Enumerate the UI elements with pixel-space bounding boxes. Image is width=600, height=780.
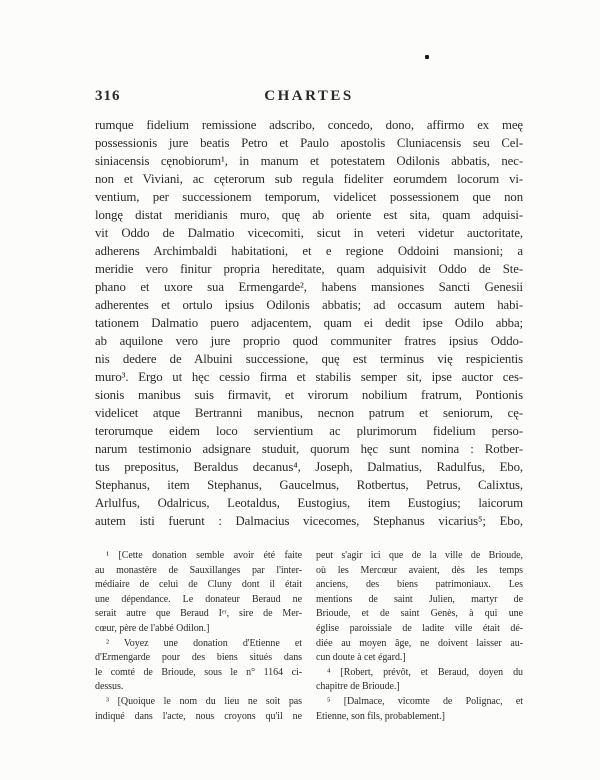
text-line: nis dedere de Albuini successione, quę e… [95,350,523,368]
footnote-line: médiaire de celui de Cluny dont il était [95,578,302,593]
text-line: sionis manibus suis firmavit, et virorum… [95,386,523,404]
footnote-line: mentions de saint Julien, martyr de [316,593,523,608]
page-title: CHARTES [95,88,523,105]
text-line: longę distat meridianis muro, quę ab ori… [95,206,523,224]
footnote-line: d'Ermengarde pour des biens situés dans [95,651,302,666]
scanned-book-page: 316 CHARTES rumque fidelium remissione a… [0,0,600,780]
footnote-line: dessus. [95,680,302,695]
footnote-line: cun doute à cet égard.] [316,651,523,666]
text-line: phano et uxore sua Ermengarde², habens m… [95,278,523,296]
footnote-line: cœur, père de l'abbé Odilon.] [95,622,302,637]
text-line: meridie vero finitur propria hereditate,… [95,260,523,278]
text-line: vit Oddo de Dalmatio vicecomiti, sicut i… [95,224,523,242]
footnote-line: où les Mercœur avaient, dès les temps [316,564,523,579]
text-line: non et Viviani, ac cęterorum sub regula … [95,170,523,188]
footnote-line: au monastère de Sauxillanges par l'inter… [95,564,302,579]
footnote-column-right: peut s'agir ici que de la ville de Briou… [316,549,523,724]
footnotes: ¹ [Cette donation semble avoir été faite… [95,549,523,724]
text-line: tationem Dalmatio puero adjacentem, quam… [95,314,523,332]
text-line: narum testimonio adsignare studuit, quor… [95,440,523,458]
text-line: videlicet atque Bertranni manibus, necno… [95,404,523,422]
footnote-line: ³ [Quoique le nom du lieu ne soit pas [95,695,302,710]
footnote-line: diée au moyen âge, ne doivent laisser au… [316,637,523,652]
footnote-line: Brioude, et de saint Genès, à qui une [316,607,523,622]
footnote-line: anciens, des biens patrimoniaux. Les [316,578,523,593]
text-line: adherens Archimbaldi habitationi, et e r… [95,242,523,260]
footnote-line: ² Voyez une donation d'Etienne et [95,637,302,652]
footnote-line: chapitre de Brioude.] [316,680,523,695]
text-line: rumque fidelium remissione adscribo, con… [95,116,523,134]
charter-body-text: rumque fidelium remissione adscribo, con… [95,116,523,530]
footnote-line: indiqué dans l'acte, nous croyons qu'il … [95,710,302,725]
text-line: Stephanus, item Stephanus, Gaucelmus, Ro… [95,476,523,494]
text-line: ab aquilone vero jure proprio quod commu… [95,332,523,350]
footnote-line: serait autre que Beraud Iᵉʳ, sire de Mer… [95,607,302,622]
footnote-line: le comté de Brioude, sous le n° 1164 ci- [95,666,302,681]
text-line: autem isti fuerunt : Dalmacius vicecomes… [95,512,523,530]
footnote-line: ¹ [Cette donation semble avoir été faite [95,549,302,564]
text-line: ventium, per successionem temporum, vide… [95,188,523,206]
footnote-line: église paroissiale de ladite ville était… [316,622,523,637]
text-line: siniacensis cęnobiorum¹, in manum et pot… [95,152,523,170]
footnote-line: Etienne, son fils, probablement.] [316,710,523,725]
text-line: Arlulfus, Odalricus, Leotaldus, Eustogiu… [95,494,523,512]
footnote-line: ⁵ [Dalmace, vicomte de Polignac, et [316,695,523,710]
text-line: possessionis jure beatis Petro et Paulo … [95,134,523,152]
text-line: muro³. Ergo ut hęc cessio firma et stabi… [95,368,523,386]
running-head: 316 CHARTES [95,88,523,108]
footnote-column-left: ¹ [Cette donation semble avoir été faite… [95,549,302,724]
footnote-line: ⁴ [Robert, prévôt, et Beraud, doyen du [316,666,523,681]
text-line: tus prepositus, Beraldus decanus⁴, Josep… [95,458,523,476]
ink-spot-artifact [425,55,429,59]
text-line: terorumque eidem loco servientium ac plu… [95,422,523,440]
text-line: adherentes et ortulo ipsius Odilonis abb… [95,296,523,314]
footnote-line: une dépendance. Le donateur Beraud ne [95,593,302,608]
footnote-line: peut s'agir ici que de la ville de Briou… [316,549,523,564]
